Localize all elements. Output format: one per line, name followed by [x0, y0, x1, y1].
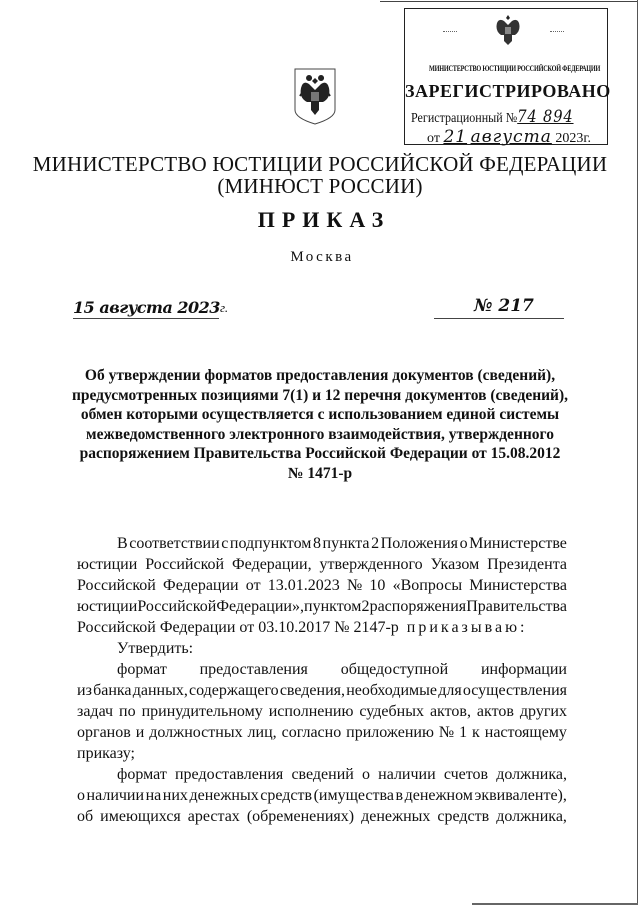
page-edge [637, 0, 638, 905]
word: и [136, 722, 145, 743]
order-date-suffix: г. [220, 300, 228, 316]
word: Министерстве [469, 533, 567, 554]
word: принудительному [142, 701, 263, 722]
preamble-paragraph: Всоответствиисподпунктом8пункта2Положени… [77, 533, 567, 827]
word: предоставления [200, 659, 308, 680]
word: юстиции [77, 596, 137, 617]
word: Положения [381, 533, 458, 554]
ministry-name: МИНИСТЕРСТВО ЮСТИЦИИ РОССИЙСКОЙ ФЕДЕРАЦИ… [0, 153, 640, 175]
word: от [246, 575, 261, 596]
order-date-field: 15 августа 2023 [73, 298, 219, 319]
word: Федерации, [232, 554, 312, 575]
word: исполнению [269, 701, 354, 722]
stamp-registered-label: ЗАРЕГИСТРИРОВАНО [405, 81, 609, 102]
text-span: приказу; [77, 743, 135, 764]
order-subject: Об утверждении форматов предоставления д… [62, 366, 578, 483]
text-line: юстицииРоссийскойФедерации,утвержденного… [77, 554, 567, 575]
order-verb: приказываю: [407, 617, 528, 638]
word: денежных [189, 785, 258, 806]
word: сведений [291, 764, 353, 785]
stamp-registration-number: Регистрационный №74 894 [411, 107, 574, 127]
word: должностных [149, 722, 242, 743]
word: об [77, 806, 93, 827]
text-line: избанкаданных,содержащегосведения,необхо… [77, 680, 567, 701]
subject-line: обмен которыми осуществляется с использо… [62, 405, 578, 425]
word: 2 [361, 596, 369, 617]
subject-line: предусмотренных позициями 7(1) и 12 пере… [62, 386, 578, 406]
text-line: Российской Федерации от 03.10.2017 № 214… [77, 617, 567, 638]
word: формат [117, 764, 167, 785]
word: 1 [459, 722, 467, 743]
word: лиц, [248, 722, 277, 743]
word: органов [77, 722, 131, 743]
word: должника, [496, 806, 567, 827]
subject-line: Об утверждении форматов предоставления д… [62, 366, 578, 386]
word: эквиваленте), [474, 785, 566, 806]
text-line: форматпредоставленияобщедоступнойинформа… [77, 659, 567, 680]
word: настоящему [485, 722, 567, 743]
word: денежных [361, 806, 430, 827]
word: счетов [444, 764, 488, 785]
word: актов [477, 701, 514, 722]
word: о [362, 764, 370, 785]
word: 8 [313, 533, 321, 554]
text-line: Всоответствиисподпунктом8пункта2Положени… [77, 533, 567, 554]
text-line: задачпопринудительномуисполнениюсудебных… [77, 701, 567, 722]
order-number-handwritten: № 217 [474, 296, 534, 316]
word: Министерства [469, 575, 567, 596]
stamp-reg-label: Регистрационный № [411, 111, 517, 126]
word: других [520, 701, 567, 722]
word: сведения, [280, 680, 345, 701]
word: денежном [405, 785, 473, 806]
word: в [395, 785, 403, 806]
word: средств [437, 806, 489, 827]
word: содержащего [189, 680, 279, 701]
word: Правительства [466, 596, 567, 617]
text-line: обимеющихсяарестах(обременениях)денежных… [77, 806, 567, 827]
word: (имущества [314, 785, 394, 806]
word: «Вопросы [393, 575, 462, 596]
word: В [117, 533, 128, 554]
stamp-date-day: 21 [443, 127, 467, 147]
word: Российской [77, 575, 156, 596]
stamp-date-prefix: от [427, 131, 440, 146]
stamp-mark [550, 31, 564, 34]
word: на [146, 785, 162, 806]
word: утвержденного [320, 554, 423, 575]
word: актов, [430, 701, 471, 722]
word: к [472, 722, 480, 743]
word: Федерации [163, 575, 239, 596]
text-line: органовидолжностныхлиц,согласноприложени… [77, 722, 567, 743]
word: из [77, 680, 92, 701]
word: подпунктом [230, 533, 312, 554]
city: Москва [0, 249, 640, 266]
word: имеющихся [100, 806, 181, 827]
word: Президента [487, 554, 567, 575]
word: по [119, 701, 136, 722]
stamp-mark [443, 31, 457, 34]
approve-label: Утвердить: [117, 638, 193, 659]
word: данных, [133, 680, 188, 701]
text-line: форматпредоставлениясведенийоналичиисчет… [77, 764, 567, 785]
word: Указом [431, 554, 480, 575]
stamp-date-month: августа [471, 127, 552, 147]
word: банка [93, 680, 131, 701]
word: для [438, 680, 461, 701]
word: задач [77, 701, 113, 722]
word: 13.01.2023 [268, 575, 340, 596]
word: (обременениях) [247, 806, 354, 827]
text-line: юстицииРоссийскойФедерации»,пунктом2расп… [77, 596, 567, 617]
word: юстиции [77, 554, 137, 575]
word: о [77, 785, 85, 806]
word: формат [117, 659, 167, 680]
word: Федерации», [216, 596, 304, 617]
subject-line: распоряжением Правительства Российской Ф… [62, 444, 578, 464]
russian-coat-of-arms-icon [292, 66, 338, 126]
text-line: приказу; [77, 743, 567, 764]
word: о [460, 533, 468, 554]
word: Российской [145, 554, 224, 575]
order-number-field: № 217 [434, 298, 564, 319]
text-line: РоссийскойФедерацииот13.01.2023№10«Вопро… [77, 575, 567, 596]
word: информации [481, 659, 567, 680]
order-date-handwritten: 15 августа 2023 [73, 298, 220, 317]
word: необходимые [346, 680, 437, 701]
registration-stamp: МИНИСТЕРСТВО ЮСТИЦИИ РОССИЙСКОЙ ФЕДЕРАЦИ… [404, 8, 608, 145]
word: № [347, 575, 362, 596]
word: должника, [496, 764, 567, 785]
stamp-ministry-name: МИНИСТЕРСТВО ЮСТИЦИИ РОССИЙСКОЙ ФЕДЕРАЦИ… [429, 64, 585, 73]
word: арестах [188, 806, 240, 827]
ministry-title: МИНИСТЕРСТВО ЮСТИЦИИ РОССИЙСКОЙ ФЕДЕРАЦИ… [0, 153, 640, 197]
word: общедоступной [341, 659, 448, 680]
word: распоряжения [370, 596, 467, 617]
word: пункта [323, 533, 370, 554]
text-span: Российской Федерации от 03.10.2017 № 214… [77, 617, 399, 638]
stamp-registration-date: от 21 августа 2023г. [427, 127, 591, 147]
text-line: оналичиинанихденежныхсредств(имуществавд… [77, 785, 567, 806]
word: 2 [371, 533, 379, 554]
word: наличии [87, 785, 145, 806]
word: предоставления [175, 764, 283, 785]
ministry-short-name: (МИНЮСТ РОССИИ) [0, 175, 640, 197]
document-type-title: ПРИКАЗ [0, 207, 640, 233]
word: средств [260, 785, 312, 806]
word: осуществления [463, 680, 567, 701]
word: № [439, 722, 454, 743]
russian-coat-of-arms-icon [493, 13, 523, 47]
word: 10 [369, 575, 385, 596]
word: наличии [378, 764, 436, 785]
stamp-date-year: 2023г. [555, 131, 591, 146]
approve-line: Утвердить: [77, 638, 567, 659]
word: Российской [137, 596, 216, 617]
word: них [163, 785, 188, 806]
stamp-reg-number-handwritten: 74 894 [517, 107, 573, 127]
page-edge [380, 1, 638, 2]
word: пунктом [304, 596, 361, 617]
word: судебных [359, 701, 424, 722]
subject-line: межведомственного электронного взаимодей… [62, 425, 578, 445]
word: приложению [346, 722, 434, 743]
word: согласно [282, 722, 342, 743]
word: с [221, 533, 228, 554]
subject-line: № 1471-р [62, 464, 578, 484]
word: соответствии [129, 533, 219, 554]
